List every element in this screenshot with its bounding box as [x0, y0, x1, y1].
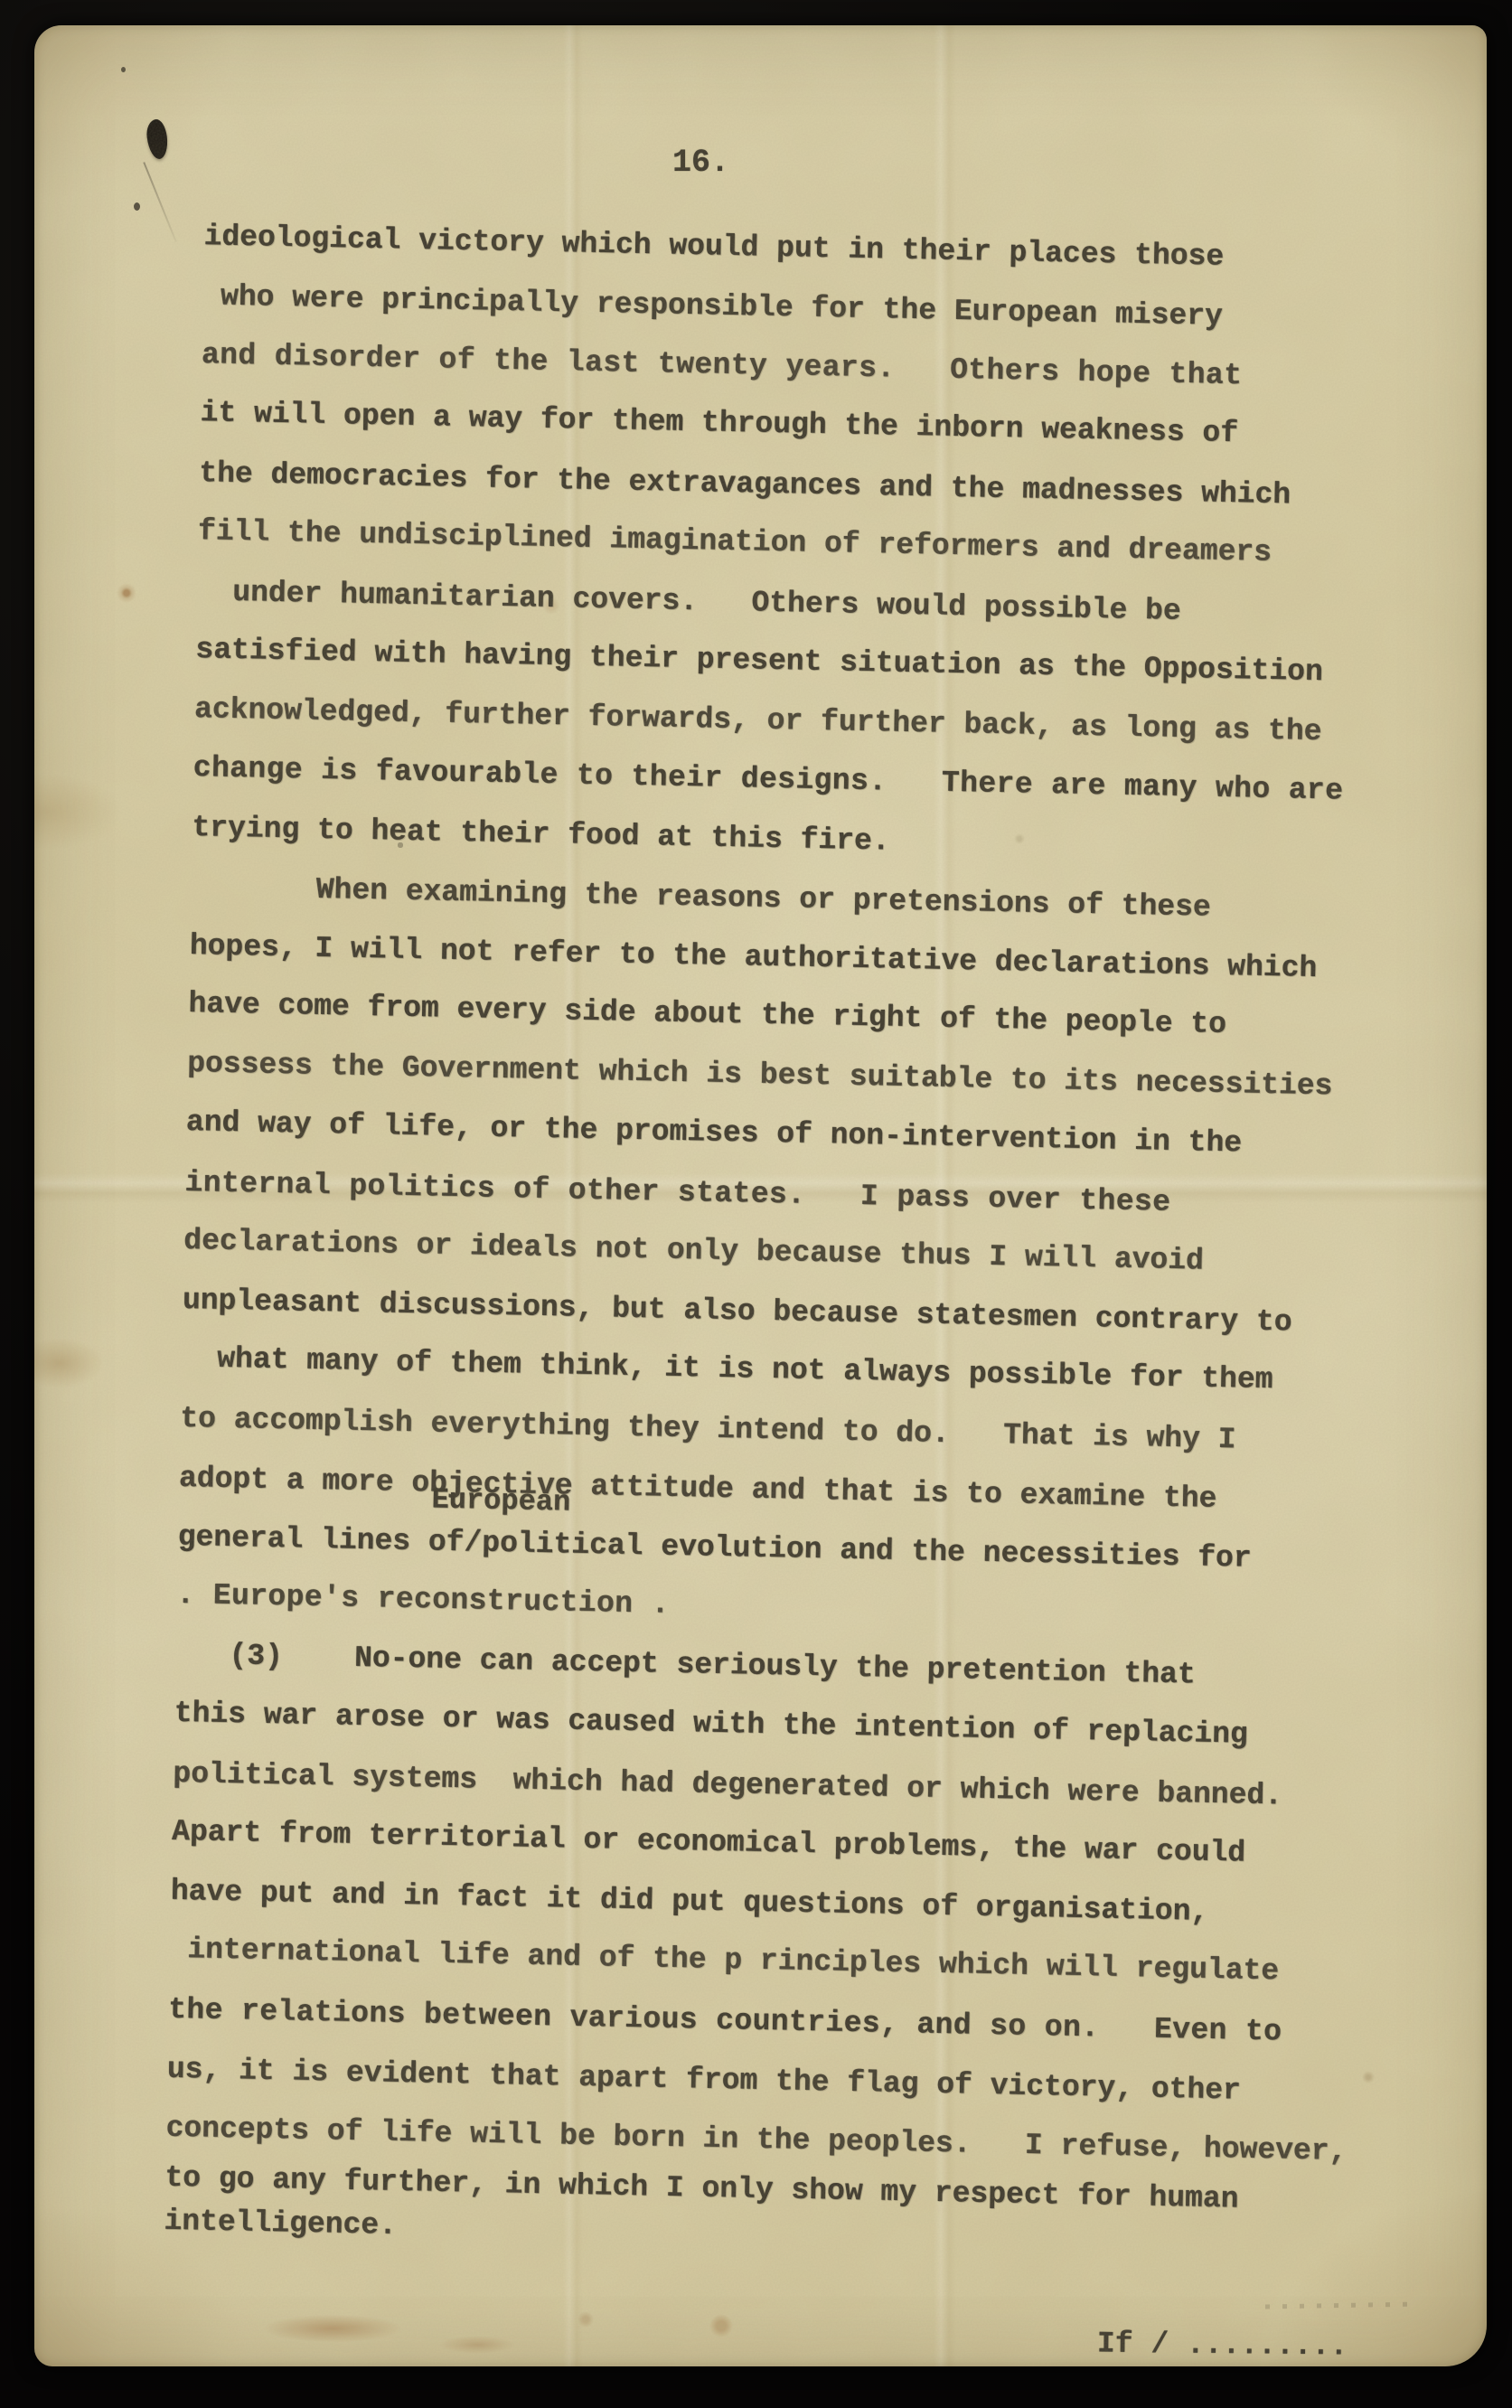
typed-text-body: European ideological victory which would… — [164, 207, 1412, 2266]
document-page: 16. European ideological victory which w… — [34, 25, 1487, 2366]
document-photo: 16. European ideological victory which w… — [0, 0, 1512, 2408]
catchword: If / ......... — [1097, 2328, 1348, 2364]
pencil-scratch — [143, 162, 176, 242]
ink-speck — [134, 202, 140, 211]
ink-speck — [121, 67, 126, 72]
ink-blot — [145, 118, 169, 160]
faint-dotted-mark — [1265, 2302, 1419, 2309]
page-number: 16. — [672, 145, 729, 181]
